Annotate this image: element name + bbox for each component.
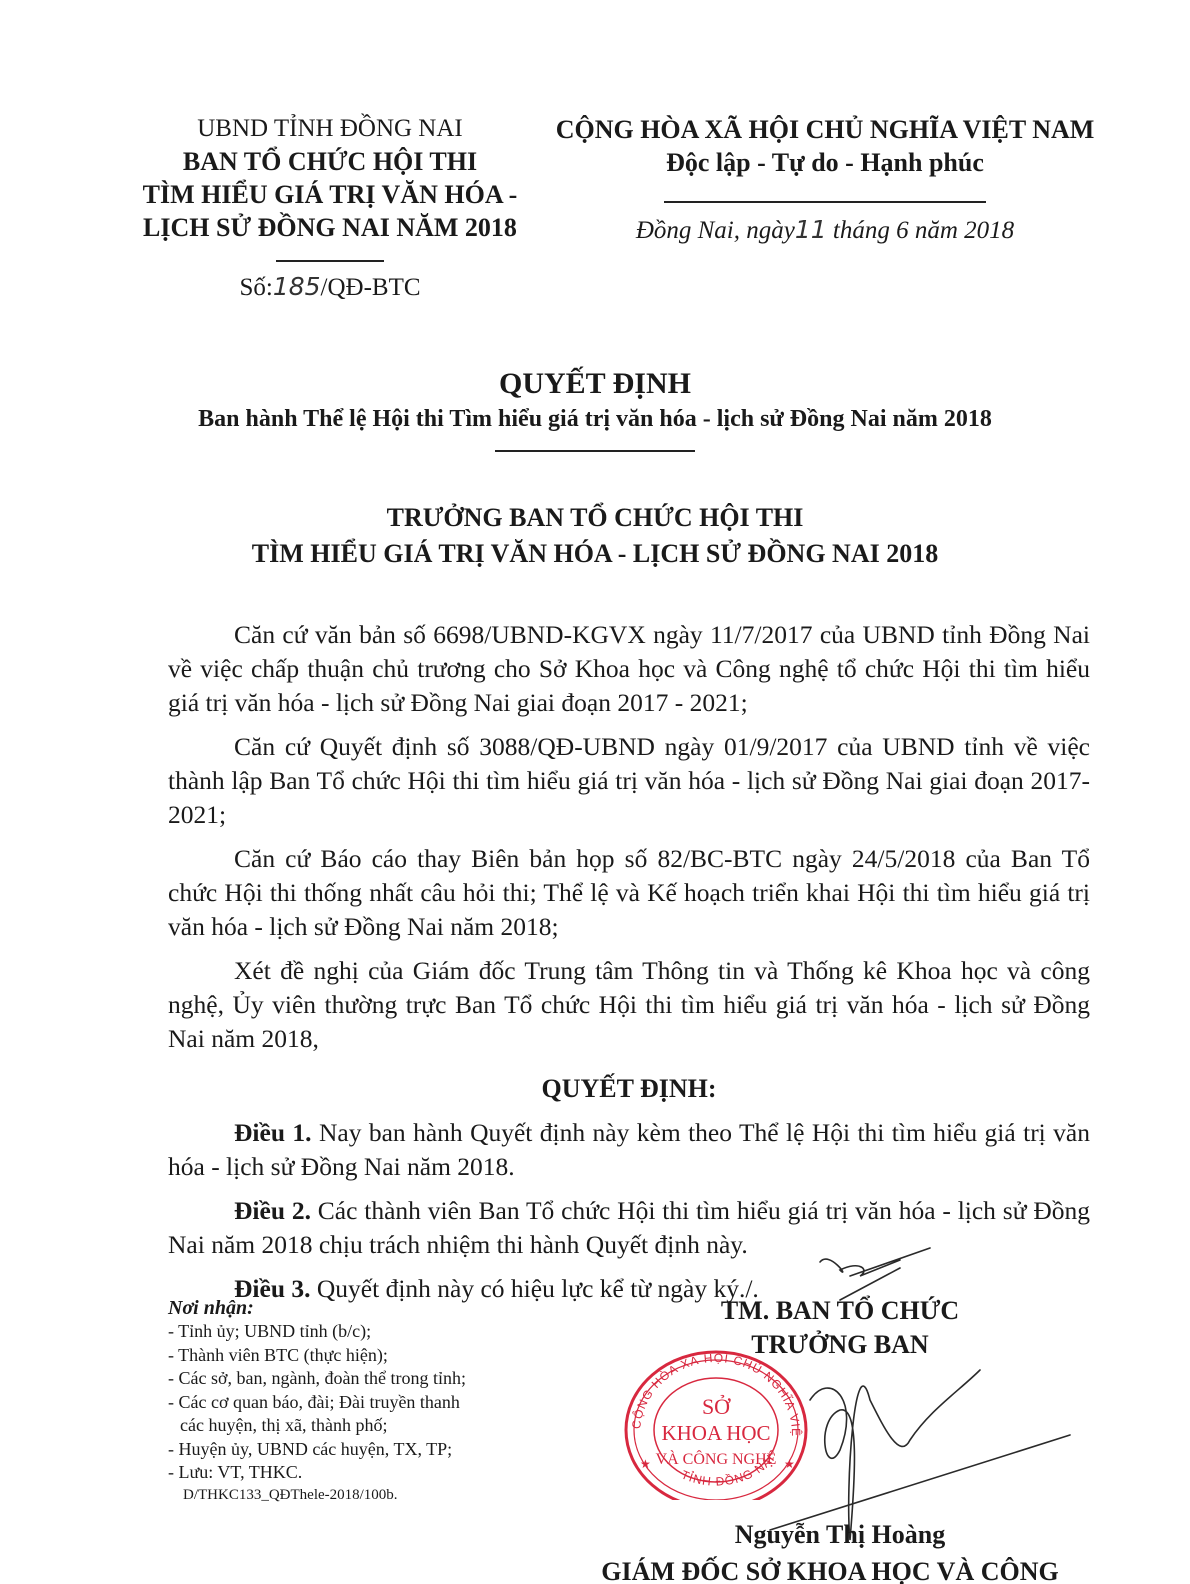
legal-basis-3: Căn cứ Báo cáo thay Biên bản họp số 82/B… [168,842,1090,944]
legal-basis-1: Căn cứ văn bản số 6698/UBND-KGVX ngày 11… [168,618,1090,720]
recipient-item: - Tỉnh ủy; UBND tỉnh (b/c); [168,1320,568,1344]
handwritten-signature-icon [600,1240,1100,1560]
document-number: Số:185/QĐ-BTC [120,272,540,303]
recipients-block: Nơi nhận: - Tỉnh ủy; UBND tỉnh (b/c); - … [168,1296,568,1505]
authority-line-2: TÌM HIỂU GIÁ TRỊ VĂN HÓA - LỊCH SỬ ĐỒNG … [120,536,1070,572]
handwritten-number: 185 [273,272,321,301]
national-motto: Độc lập - Tự do - Hạnh phúc [545,146,1105,179]
issuing-authority: TRƯỞNG BAN TỔ CHỨC HỘI THI TÌM HIỂU GIÁ … [120,500,1070,572]
handwritten-day: 11 [795,215,827,244]
recipients-heading: Nơi nhận: [168,1296,568,1320]
article-label: Điều 1. [234,1118,312,1147]
signer-name: Nguyễn Thị Hoàng [620,1520,1060,1550]
recipient-item: - Các sở, ban, ngành, đoàn thể trong tỉn… [168,1367,568,1391]
org-line-2: TÌM HIỂU GIÁ TRỊ VĂN HÓA - [120,178,540,211]
legal-basis-2: Căn cứ Quyết định số 3088/QĐ-UBND ngày 0… [168,730,1090,832]
article-label: Điều 2. [234,1196,311,1225]
document-title: QUYẾT ĐỊNH [120,366,1070,402]
recipient-item: - Thành viên BTC (thực hiện); [168,1344,568,1368]
signer-title-cutoff: GIÁM ĐỐC SỞ KHOA HỌC VÀ CÔNG NGHỆ [560,1552,1100,1584]
decision-heading: QUYẾT ĐỊNH: [168,1072,1090,1106]
divider [664,201,986,203]
nation-name: CỘNG HÒA XÃ HỘI CHỦ NGHĨA VIỆT NAM [545,113,1105,146]
divider [495,450,695,452]
date-suffix: tháng 6 năm 2018 [827,217,1015,244]
legal-basis-4: Xét đề nghị của Giám đốc Trung tâm Thông… [168,954,1090,1056]
article-1: Điều 1. Nay ban hành Quyết định này kèm … [168,1116,1090,1184]
recipient-item: - Huyện ủy, UBND các huyện, TX, TP; [168,1438,568,1462]
authority-line-1: TRƯỞNG BAN TỔ CHỨC HỘI THI [120,500,1070,536]
recipient-item: các huyện, thị xã, thành phố; [168,1414,568,1438]
recipient-item: - Các cơ quan báo, đài; Đài truyền thanh [168,1391,568,1415]
issue-date: Đồng Nai, ngày11 tháng 6 năm 2018 [545,215,1105,245]
number-prefix: Số: [239,274,272,301]
org-line-1: BAN TỔ CHỨC HỘI THI [120,145,540,178]
national-header-block: CỘNG HÒA XÃ HỘI CHỦ NGHĨA VIỆT NAM Độc l… [545,113,1105,245]
divider [276,260,384,262]
file-reference: D/THKC133_QĐThele-2018/100b. [168,1485,568,1505]
agency-name: UBND TỈNH ĐỒNG NAI [120,112,540,145]
number-suffix: /QĐ-BTC [321,274,421,301]
issuing-agency-block: UBND TỈNH ĐỒNG NAI BAN TỔ CHỨC HỘI THI T… [120,112,540,303]
document-body: Căn cứ văn bản số 6698/UBND-KGVX ngày 11… [168,618,1090,1316]
document-title-block: QUYẾT ĐỊNH Ban hành Thể lệ Hội thi Tìm h… [120,366,1070,452]
date-prefix: Đồng Nai, ngày [636,217,795,244]
document-subtitle: Ban hành Thể lệ Hội thi Tìm hiểu giá trị… [120,402,1070,436]
org-line-3: LỊCH SỬ ĐỒNG NAI NĂM 2018 [120,211,540,244]
recipient-item: - Lưu: VT, THKC. [168,1461,568,1485]
